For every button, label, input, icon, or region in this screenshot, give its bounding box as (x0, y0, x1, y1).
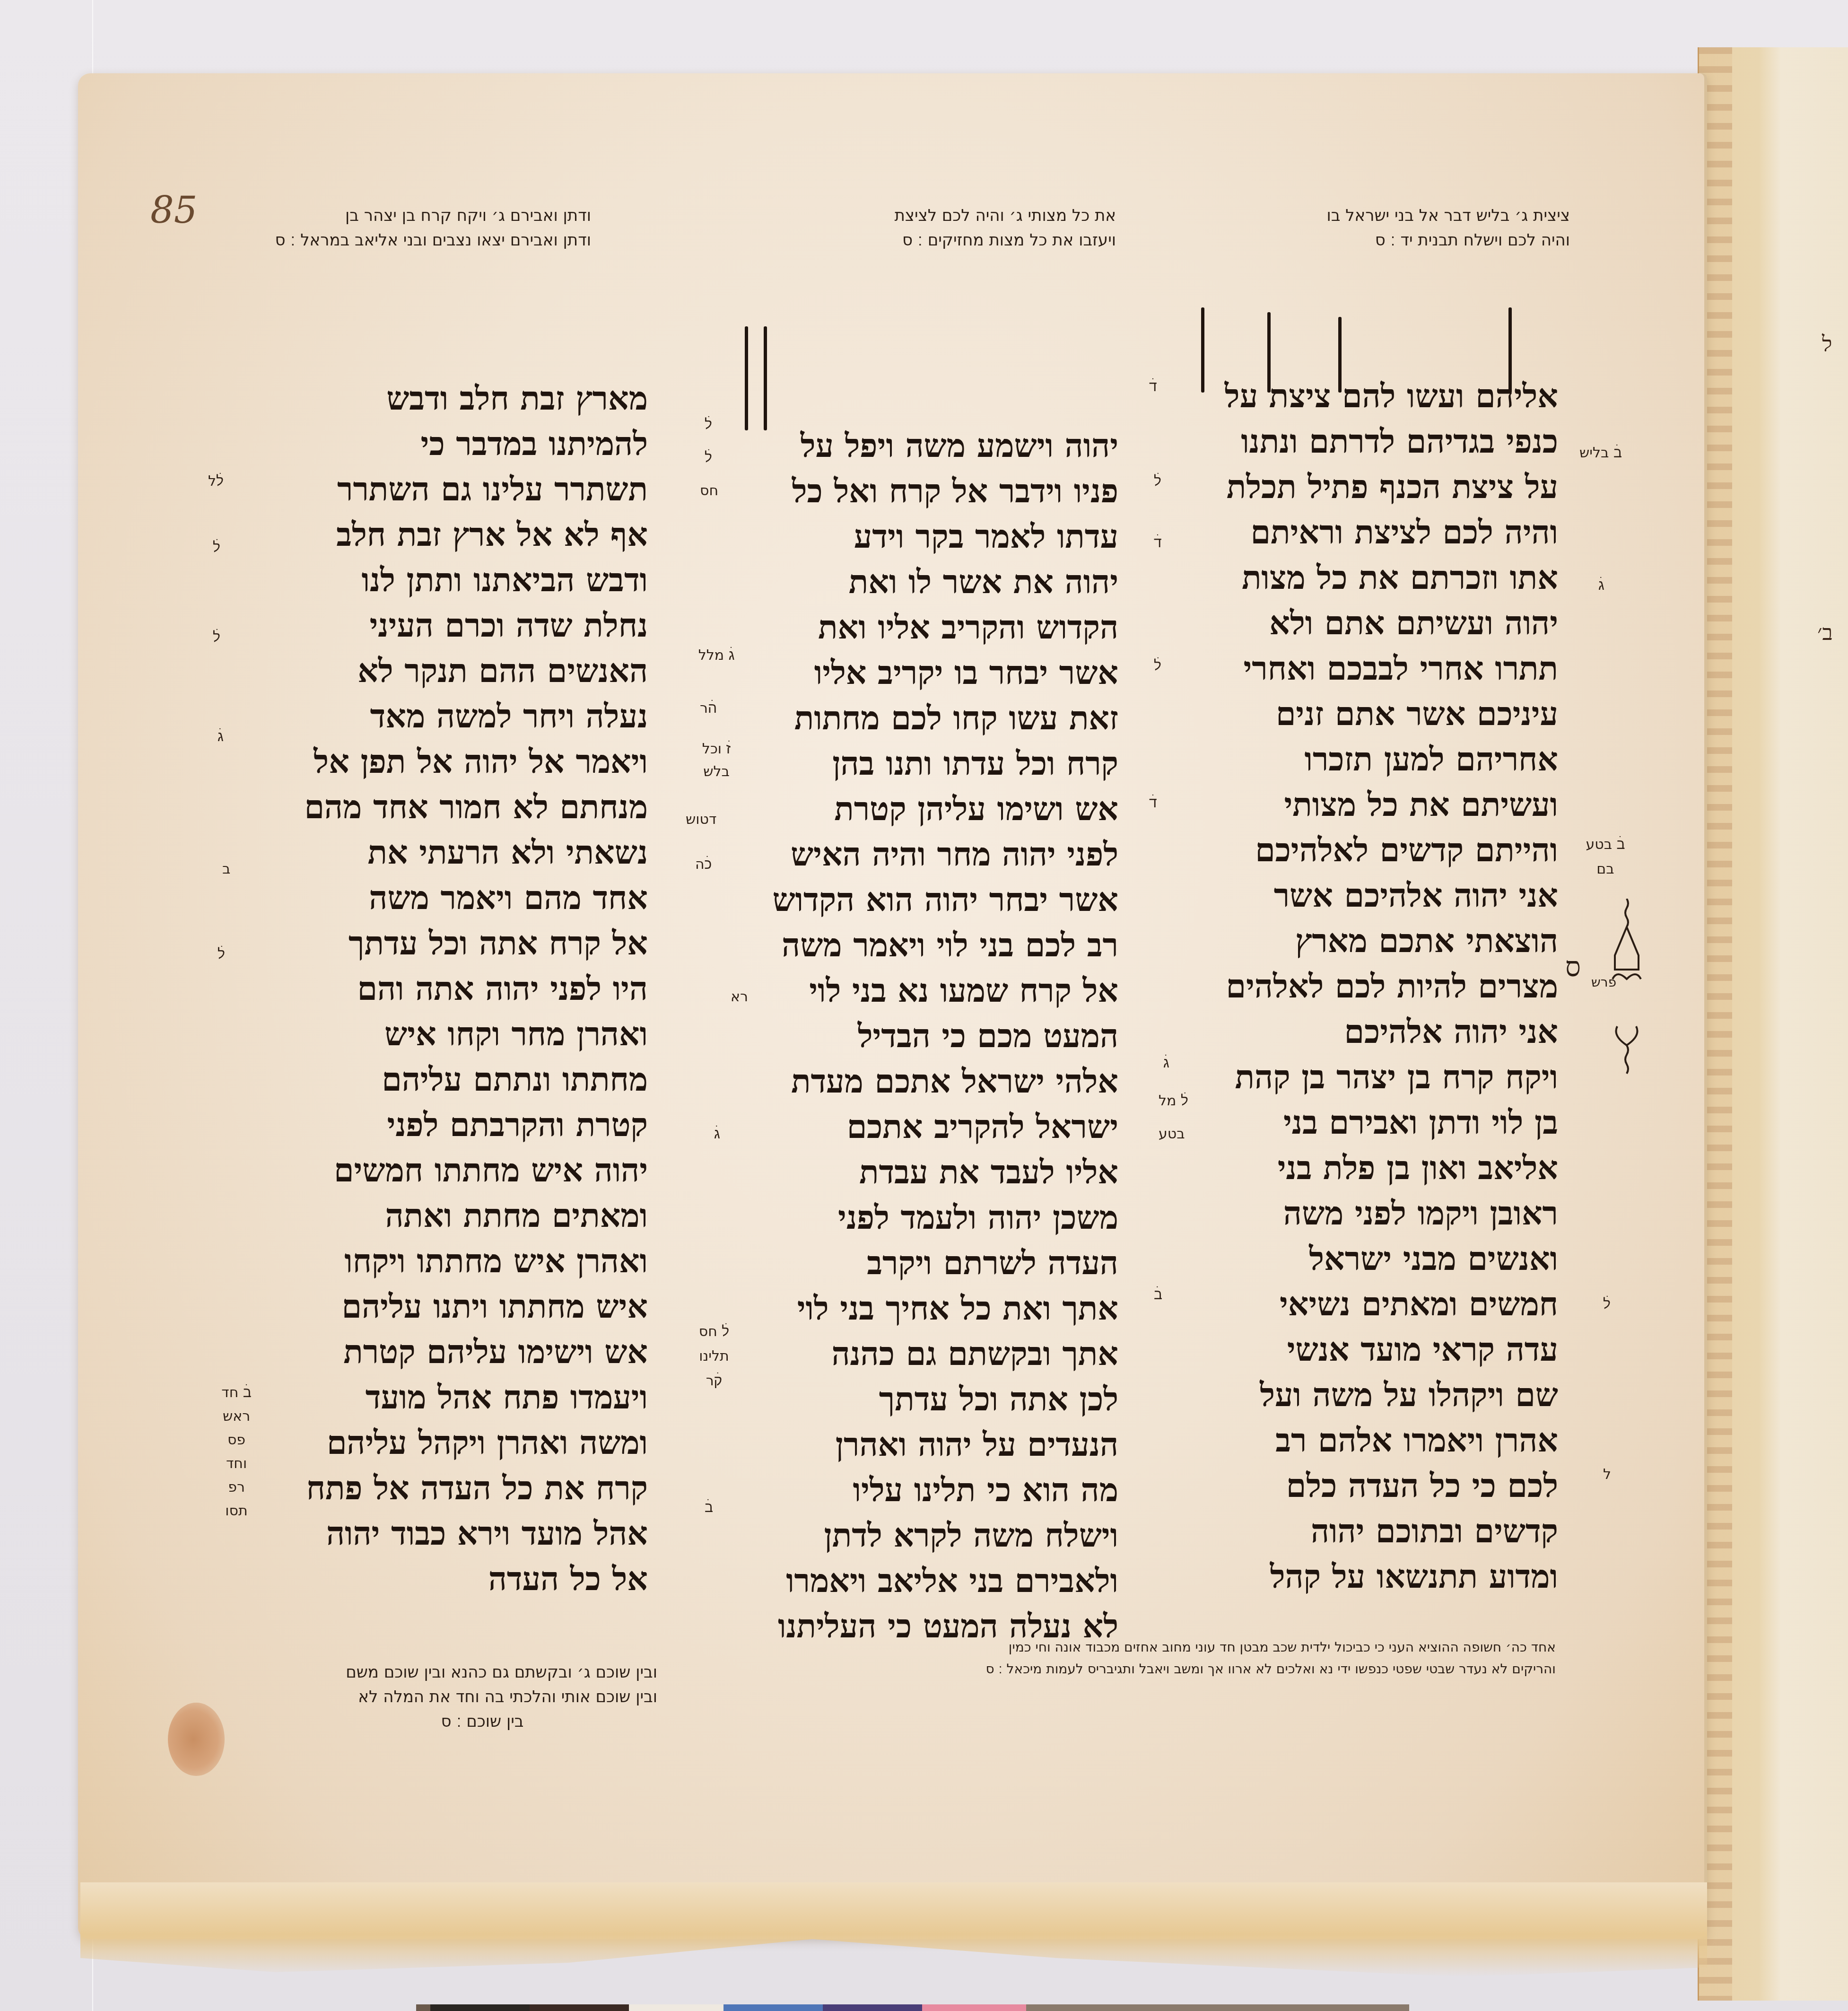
margin-note: לׄ (1154, 473, 1161, 490)
text-column-middle: יהוה וישמע משה ויפל על פניו וידבר אל קרח… (750, 423, 1118, 1649)
margin-note: זׄ וכל בלש (695, 738, 738, 783)
text-line: איש מחתתו ויתנו עליהם (279, 1284, 648, 1329)
text-line: ומדוע תתנשאו על קהל (1189, 1554, 1558, 1600)
margin-note: רא (731, 988, 748, 1005)
text-line: הוצאתי אתכם מארץ (1189, 918, 1558, 964)
text-line: יהוה את אשר לו ואת (750, 560, 1118, 605)
text-line: עיניכם אשר אתם זנים (1189, 691, 1558, 737)
text-line: אשר יבחר בו יקריב אליו (750, 650, 1118, 696)
text-line: ולאבירם בני אליאב ויאמרו (750, 1558, 1118, 1604)
lamed-ascender (764, 326, 767, 430)
text-line: אליאב ואון בן פלת בני (1189, 1145, 1558, 1191)
color-calibration-chart (416, 2004, 1409, 2011)
text-line: אליו לעבד את עבדת (750, 1150, 1118, 1195)
masorah-line: אחד כה׳ חשופה ההוציא העני כי כביכול ילדי… (776, 1636, 1556, 1658)
text-line: אני יהוה אלהיכם (1189, 1009, 1558, 1055)
margin-note: לׄל (208, 473, 224, 490)
water-stain (168, 1703, 225, 1776)
margin-note: הׄר (700, 700, 717, 717)
margin-note: גׄ (714, 1126, 720, 1142)
masorah-line: בין שוכם ׃ ס (307, 1709, 657, 1734)
text-line: אל כל העדה (279, 1556, 648, 1602)
text-column-right: אליהם ועשו להם ציצת על כנפי בגדיהם לדרתם… (1189, 374, 1558, 1600)
margin-note: לׄ מל (1159, 1093, 1188, 1109)
text-line: אל קרח אתה וכל עדתך (279, 921, 648, 966)
chart-frame (416, 2004, 430, 2011)
text-line: מחתתו ונתתם עליהם (279, 1057, 648, 1102)
text-line: ודבש הביאתנו ותתן לנו (279, 558, 648, 603)
masorah-bottom-right: אחד כה׳ חשופה ההוציא העני כי כביכול ילדי… (776, 1636, 1556, 1680)
masorah-line: את כל מצותי ג׳ והיה לכם לציצת (766, 203, 1116, 228)
masorah-line: ציצית ג׳ בליש דבר אל בני ישראל בו (1239, 203, 1570, 228)
text-line: ואנשים מבני ישראל (1189, 1236, 1558, 1282)
text-line: אש וישימו עליהם קטרת (279, 1329, 648, 1375)
text-line: מנחתם לא חמור אחד מהם (279, 785, 648, 830)
text-line: אחד מהם ויאמר משה (279, 875, 648, 921)
page-number: 85 (150, 189, 197, 232)
text-line: על ציצת הכנף פתיל תכלת (1189, 464, 1558, 510)
margin-note: ב (222, 861, 230, 877)
text-line: זאת עשו קחו לכם מחתות (750, 696, 1118, 741)
margin-note: גׄ מלל (695, 643, 738, 668)
text-line: מה הוא כי תלינו עליו (750, 1468, 1118, 1513)
swatch-black (430, 2004, 530, 2011)
text-line: להמיתנו במדבר כי (279, 421, 648, 467)
text-line: שם ויקהלו על משה ועל (1189, 1373, 1558, 1418)
margin-note: בׄ בליש (1579, 445, 1622, 461)
text-line: רב לכם בני לוי ויאמר משה (750, 923, 1118, 968)
margin-note: גׄ (1598, 577, 1604, 594)
parashah-ornament-icon (1605, 899, 1648, 1078)
text-line: אהל מועד וירא כבוד יהוה (279, 1511, 648, 1556)
masorah-top-middle: את כל מצותי ג׳ והיה לכם לציצת ויעזבו את … (766, 203, 1116, 253)
text-line: ומאתים מחתת ואתה (279, 1193, 648, 1239)
masorah-bottom-left: ובין שוכם ג׳ ובקשתם גם כהנא ובין שוכם מש… (307, 1660, 657, 1734)
text-line: קרח וכל עדתו ותנו בהן (750, 741, 1118, 787)
text-line: ויעמדו פתח אהל מועד (279, 1375, 648, 1420)
masorah-line: ודתן ואבירם ג׳ ויקח קרח בן יצהר בן (274, 203, 591, 228)
text-line: ויקח קרח בן יצהר בן קהת (1189, 1055, 1558, 1100)
text-line: אלהי ישראל אתכם מעדת (750, 1059, 1118, 1104)
text-line: אתך ובקשתם גם כהנה (750, 1331, 1118, 1377)
swatch-brown (530, 2004, 629, 2011)
masorah-line: והריקים לא נעדר שבטי שפטי כנפשו ידי נא ו… (776, 1658, 1556, 1680)
text-line: ואהרן איש מחתתו ויקחו (279, 1239, 648, 1284)
text-line: אחריהם למען תזכרו (1189, 737, 1558, 782)
text-line: ראובן ויקמו לפני משה (1189, 1191, 1558, 1236)
text-line: נחלת שדה וכרם העיני (279, 603, 648, 648)
margin-note: לׄ (705, 449, 712, 466)
swatch-white (629, 2004, 724, 2011)
text-line: משכן יהוה ולעמד לפני (750, 1195, 1118, 1241)
text-line: לכם כי כל העדה כלם (1189, 1463, 1558, 1509)
margin-note: לׄ (213, 629, 220, 646)
swatch-blue (724, 2004, 823, 2011)
text-line: יהוה וישמע משה ויפל על (750, 423, 1118, 469)
margin-note: לׄ חס תלינו קׄר (690, 1320, 738, 1393)
margin-note: בׄ (705, 1499, 713, 1516)
masorah-top-left: ודתן ואבירם ג׳ ויקח קרח בן יצהר בן ודתן … (274, 203, 591, 253)
text-line: אהרן ויאמרו אלהם רב (1189, 1418, 1558, 1463)
text-line: ישראל להקריב אתכם (750, 1104, 1118, 1150)
masorah-line: והיה לכם וישלח תבנית יד ׃ ס (1239, 228, 1570, 253)
margin-note: כׄה (695, 856, 712, 873)
text-line: כנפי בגדיהם לדרתם ונתנו (1189, 419, 1558, 464)
text-line: אליהם ועשו להם ציצת על (1189, 374, 1558, 419)
text-line: ואהרן מחר וקחו איש (279, 1012, 648, 1057)
margin-note: גׄ (1163, 1055, 1169, 1071)
text-line: והיה לכם לציצת וראיתם (1189, 510, 1558, 555)
text-line: תתרו אחרי לבבכם ואחרי (1189, 646, 1558, 691)
lamed-ascender (745, 326, 748, 430)
text-line: קטרת והקרבתם לפני (279, 1102, 648, 1148)
masorah-line: ודתן ואבירם יצאו נצבים ובני אליאב במראל … (274, 228, 591, 253)
margin-note: לׄ (218, 946, 225, 962)
chart-frame (1026, 2004, 1409, 2011)
text-line: אני יהוה אלהיכם אשר (1189, 873, 1558, 918)
text-line: לפני יהוה מחר והיה האיש (750, 832, 1118, 877)
text-line: ועשיתם את כל מצותי (1189, 782, 1558, 828)
margin-note: בׄ חד ראש פס וחד רפ תסו (218, 1381, 255, 1523)
text-line: עדה קראי מועד אנשי (1189, 1327, 1558, 1373)
text-line: האנשים ההם תנקר לא (279, 648, 648, 694)
margin-note: גׄ (218, 728, 224, 745)
text-line: תשתרר עלינו גם השתרר (279, 467, 648, 512)
margin-note: דׄ (1149, 795, 1157, 811)
text-line: וישלח משה לקרא לדתן (750, 1513, 1118, 1558)
text-line: אף לא אל ארץ זבת חלב (279, 512, 648, 558)
text-line: נעלה ויחר למשה מאד (279, 694, 648, 739)
margin-note: חס (700, 482, 718, 499)
margin-note: בטע (1159, 1126, 1185, 1142)
text-line: אתו וזכרתם את כל מצות (1189, 555, 1558, 601)
margin-note: לׄ (1154, 657, 1161, 674)
setumah-mark: ס (1565, 951, 1581, 983)
text-line: יהוה איש מחתתו חמשים (279, 1148, 648, 1193)
adjacent-margin-mark: ב׳ (1817, 620, 1833, 645)
text-line: קרח את כל העדה אל פתח (279, 1466, 648, 1511)
margin-note: דטוש (686, 811, 716, 828)
margin-note: לׄ (1603, 1296, 1611, 1312)
margin-note: דׄ (1154, 534, 1162, 551)
text-line: פניו וידבר אל קרח ואל כל (750, 469, 1118, 514)
text-line: הקדוש והקריב אליו ואת (750, 605, 1118, 650)
text-line: נשאתי ולא הרעתי את (279, 830, 648, 875)
text-line: היו לפני יהוה אתה והם (279, 966, 648, 1012)
text-line: המעט מכם כי הבדיל (750, 1014, 1118, 1059)
margin-note: בׄ (1154, 1286, 1162, 1303)
adjacent-margin-mark: ל (1822, 331, 1832, 357)
text-line: קדשים ובתוכם יהוה (1189, 1509, 1558, 1554)
text-line: אשר יבחר יהוה הוא הקדוש (750, 877, 1118, 923)
text-line: מצרים להיות לכם לאלהים (1189, 964, 1558, 1009)
swatch-purple (823, 2004, 922, 2011)
text-line: לכן אתה וכל עדתך (750, 1377, 1118, 1422)
masorah-top-right: ציצית ג׳ בליש דבר אל בני ישראל בו והיה ל… (1239, 203, 1570, 253)
adjacent-folio: ל ב׳ (1698, 47, 1848, 2001)
text-line: אש ושימו עליהן קטרת (750, 787, 1118, 832)
text-line: העדה לשרתם ויקרב (750, 1241, 1118, 1286)
margin-note: לׄ (705, 416, 712, 433)
text-line: הנעדים על יהוה ואהרן (750, 1422, 1118, 1468)
text-line: עדתו לאמר בקר וידע (750, 514, 1118, 560)
text-line: מארץ זבת חלב ודבש (279, 376, 648, 421)
margin-note: ל (1603, 1466, 1611, 1483)
masorah-line: ובין שוכם אותי והלכתי בה וחד את המלה לא (307, 1685, 657, 1709)
text-column-left: מארץ זבת חלב ודבש להמיתנו במדבר כי תשתרר… (279, 376, 648, 1602)
text-line: בן לוי ודתן ואבירם בני (1189, 1100, 1558, 1145)
margin-note: בׄ בטע בם (1584, 832, 1627, 882)
text-line: יהוה ועשיתם אתם ולא (1189, 601, 1558, 646)
text-line: אל קרח שמעו נא בני לוי (750, 968, 1118, 1014)
swatch-pink (922, 2004, 1026, 2011)
margin-note: דׄ (1149, 378, 1157, 395)
text-line: אתך ואת כל אחיך בני לוי (750, 1286, 1118, 1331)
masorah-line: ויעזבו את כל מצות מחזיקים ׃ ס (766, 228, 1116, 253)
text-line: חמשים ומאתים נשיאי (1189, 1282, 1558, 1327)
text-line: והייתם קדשים לאלהיכם (1189, 828, 1558, 873)
text-line: ומשה ואהרן ויקהל עליהם (279, 1420, 648, 1466)
masorah-line: ובין שוכם ג׳ ובקשתם גם כהנא ובין שוכם מש… (307, 1660, 657, 1685)
margin-note: לׄ (213, 539, 220, 556)
text-line: ויאמר אל יהוה אל תפן אל (279, 739, 648, 785)
